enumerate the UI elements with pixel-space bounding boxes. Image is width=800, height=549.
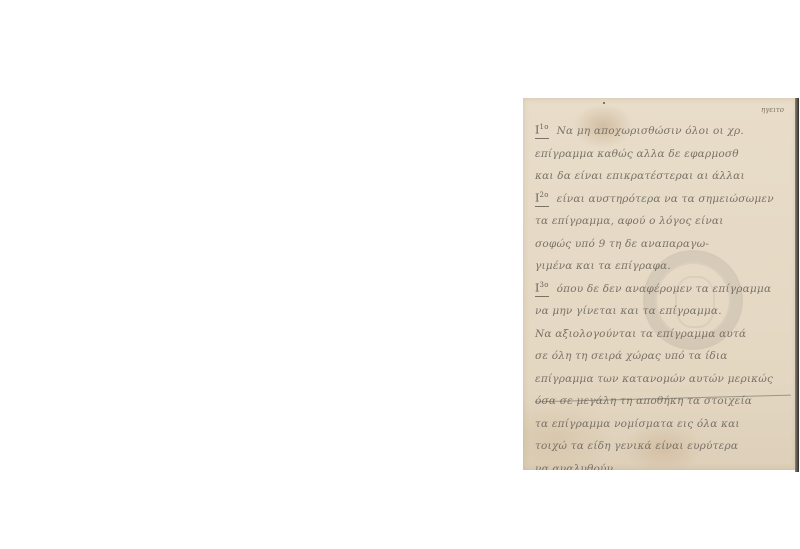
text-line: τα επίγραμμα, αφού ο λόγος είναι: [535, 210, 795, 233]
paper-edge-shadow: [795, 98, 799, 472]
section-marker: Ι1ο: [535, 120, 549, 139]
superscript-note: ηγειτο: [761, 106, 784, 114]
text-line: Ι2οείναι αυστηρότερα να τα σημειώσωμεν: [535, 188, 795, 211]
text-line: και δα είναι επικρατέστεραι αι άλλαι: [535, 165, 795, 188]
section-marker: Ι2ο: [535, 188, 549, 207]
text-line: σοφώς υπό 9 τη δε αναπαραγω-: [535, 233, 795, 256]
text-line: να αναλυθούν.: [535, 458, 795, 471]
canvas: ηγειτο Ι1οΝα μη αποχωρισθώσιν όλοι οι χρ…: [0, 0, 800, 549]
text-line: σε όλη τη σειρά χώρας υπό τα ίδια: [535, 345, 795, 368]
text-line: να μην γίνεται και τα επίγραμμα.: [535, 300, 795, 323]
text-line: Ι3οόπου δε δεν αναφέρομεν τα επίγραμμα: [535, 278, 795, 301]
text-line: Ι1οΝα μη αποχωρισθώσιν όλοι οι χρ.: [535, 120, 795, 143]
text-line: επίγραμμα καθώς αλλα δε εφαρμοσθ: [535, 143, 795, 166]
manuscript-text: Ι1οΝα μη αποχωρισθώσιν όλοι οι χρ. επίγρ…: [535, 120, 795, 470]
text-line: τοιχώ τα είδη γενικά είναι ευρύτερα: [535, 435, 795, 458]
ink-dot: [603, 102, 605, 104]
text-line: γιμένα και τα επίγραφα.: [535, 255, 795, 278]
text-line: επίγραμμα των κατανομών αυτών μερικώς: [535, 368, 795, 391]
text-line: τα επίγραμμα νομίσματα εις όλα και: [535, 413, 795, 436]
text-line: Να αξιολογούνται τα επίγραμμα αυτά: [535, 323, 795, 346]
section-marker: Ι3ο: [535, 278, 549, 297]
manuscript-page: ηγειτο Ι1οΝα μη αποχωρισθώσιν όλοι οι χρ…: [523, 98, 797, 470]
